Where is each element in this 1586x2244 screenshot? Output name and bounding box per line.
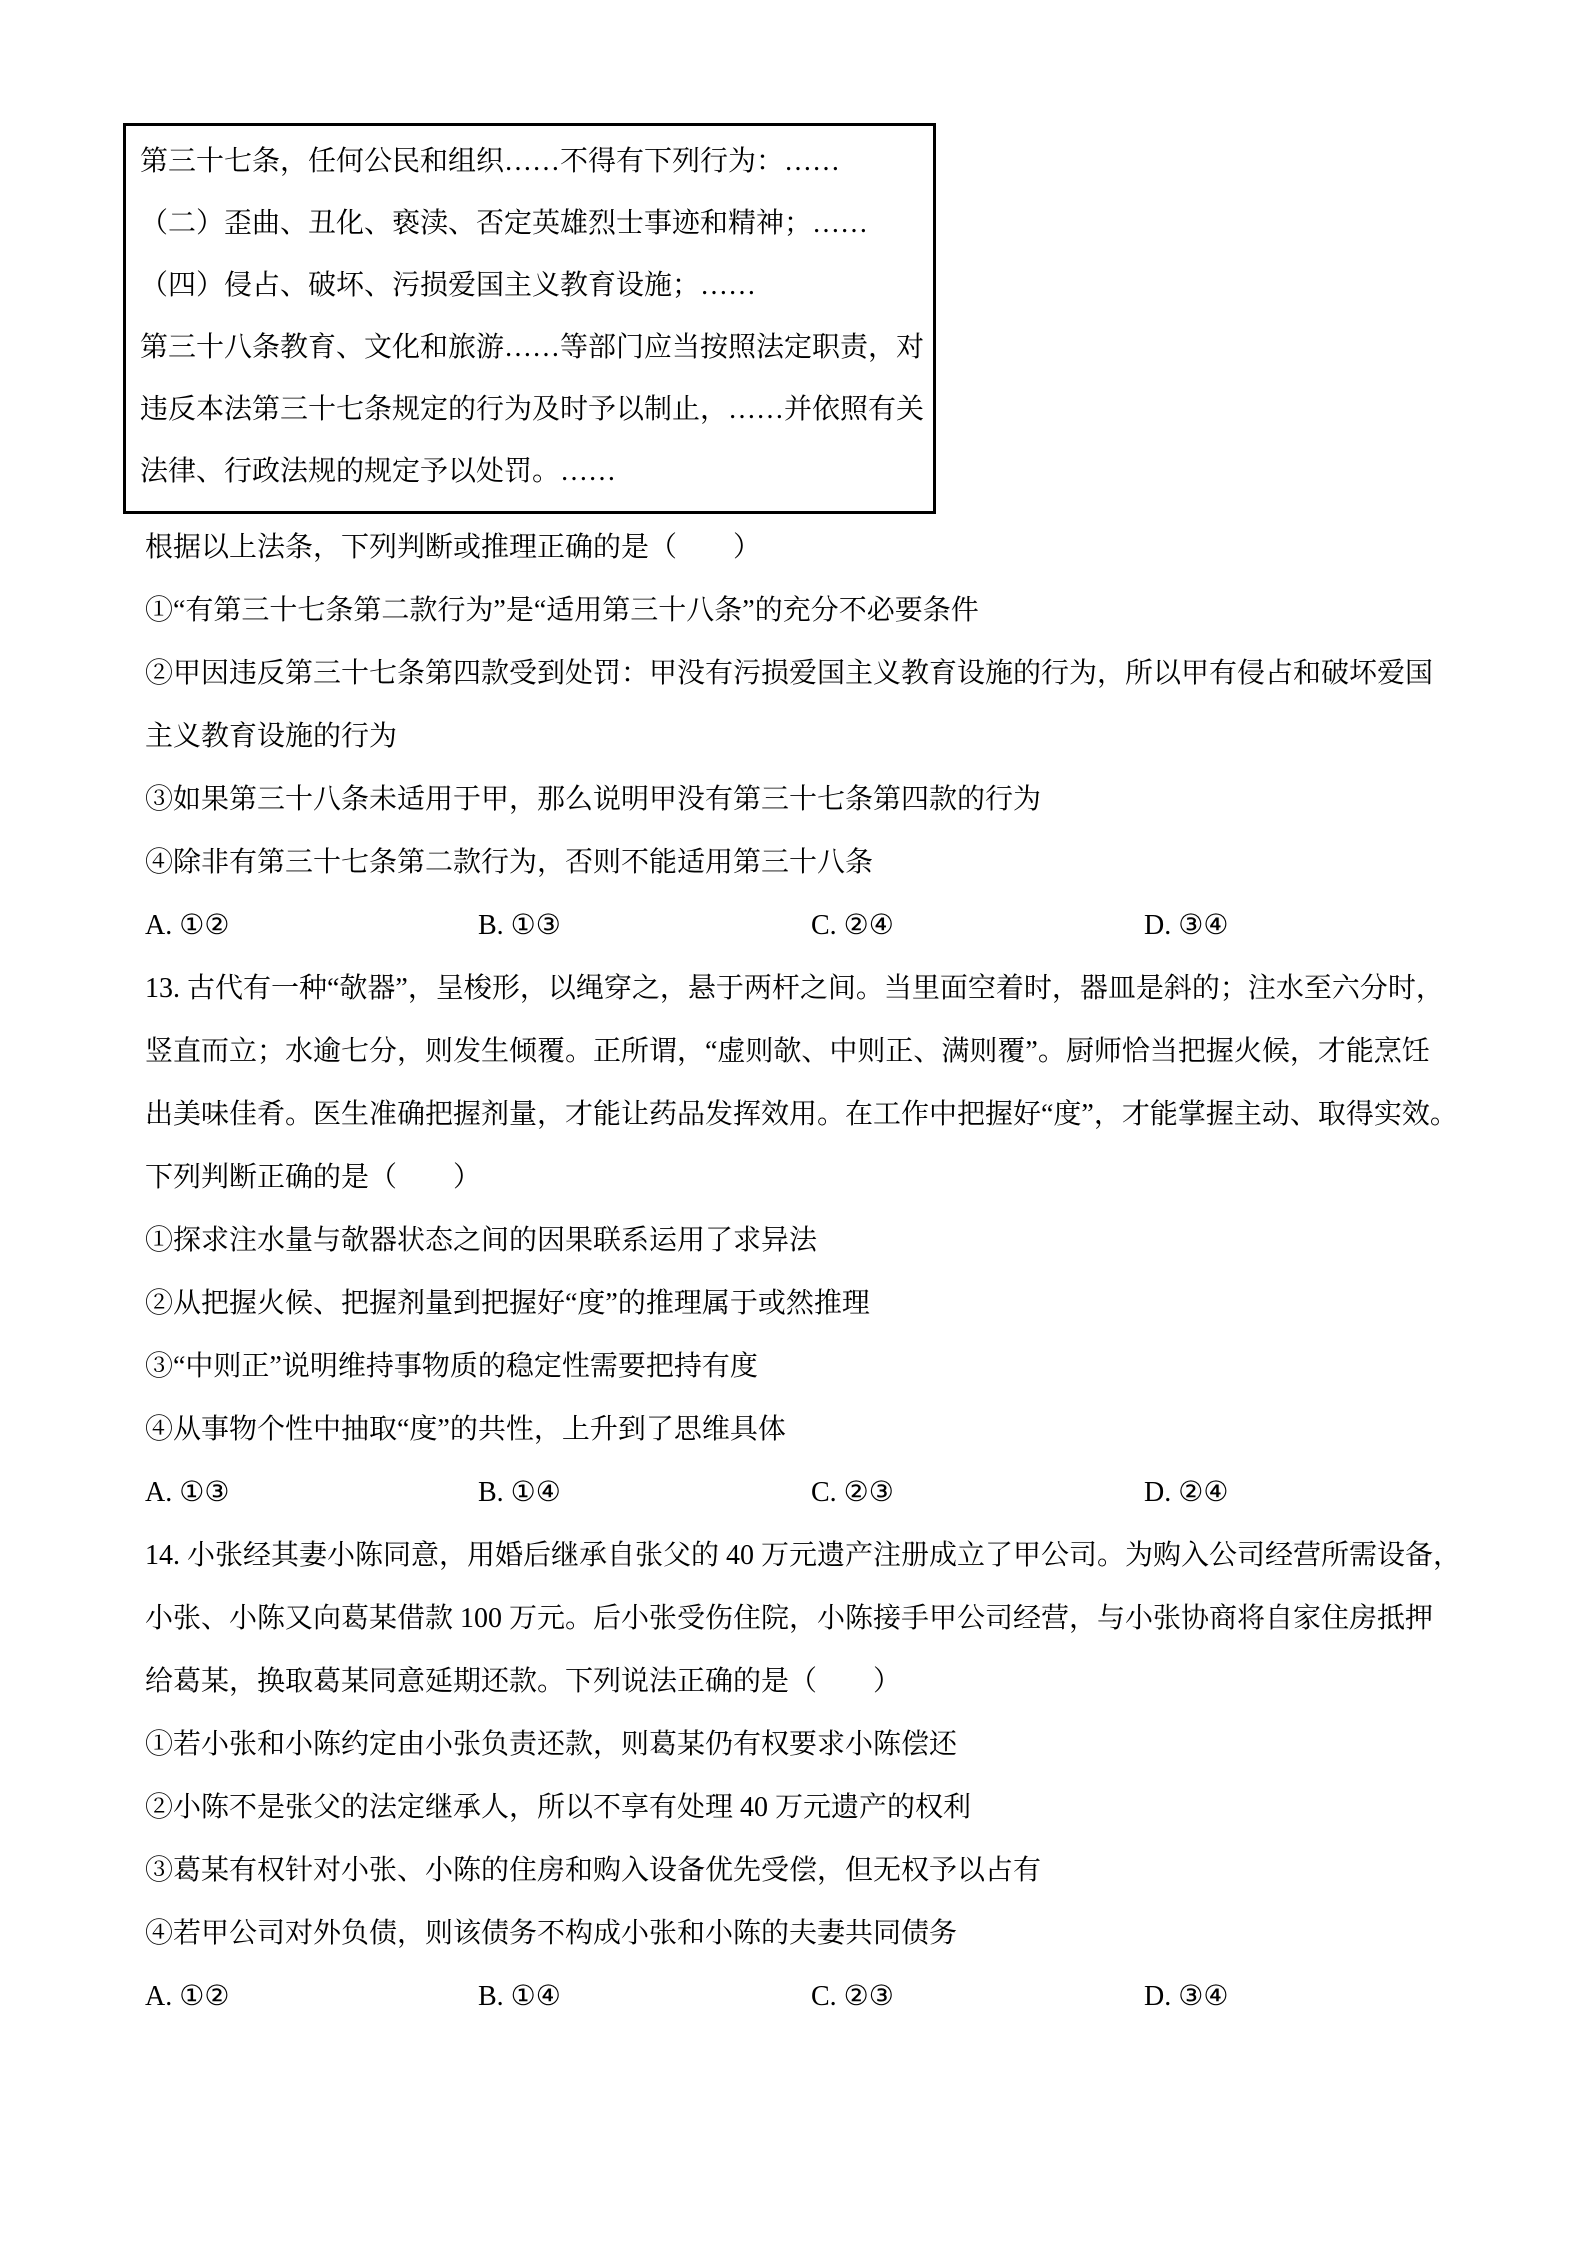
question-stem: 根据以上法条，下列判断或推理正确的是（ ） [145, 516, 1498, 579]
option-choice-c: C. ②③ [811, 1965, 1144, 2028]
exam-document-page: 第三十七条，任何公民和组织……不得有下列行为：……（二）歪曲、丑化、亵渎、否定英… [0, 0, 1586, 2244]
text-line: ③“中则正”说明维持事物质的稳定性需要把持有度 [145, 1335, 1498, 1398]
option-choice-a: A. ①③ [145, 1461, 478, 1524]
text-line: ④除非有第三十七条第二款行为，否则不能适用第三十八条 [145, 831, 1498, 894]
question-14-block: 14. 小张经其妻小陈同意，用婚后继承自张父的 40 万元遗产注册成立了甲公司。… [145, 1524, 1498, 2028]
option-choice-d: D. ③④ [1144, 1965, 1228, 2028]
text-line: 下列判断正确的是（ ） [145, 1146, 1498, 1209]
option-choice-b: B. ①④ [478, 1965, 811, 2028]
option-choice-b: B. ①④ [478, 1461, 811, 1524]
question-items: ①若小张和小陈约定由小张负责还款，则葛某仍有权要求小陈偿还②小陈不是张父的法定继… [145, 1713, 1498, 1965]
option-choice-a: A. ①② [145, 1965, 478, 2028]
text-line: ②从把握火候、把握剂量到把握好“度”的推理属于或然推理 [145, 1272, 1498, 1335]
text-line: ④从事物个性中抽取“度”的共性，上升到了思维具体 [145, 1398, 1498, 1461]
text-line: ②小陈不是张父的法定继承人，所以不享有处理 40 万元遗产的权利 [145, 1776, 1498, 1839]
option-choice-d: D. ③④ [1144, 894, 1228, 957]
text-line: 给葛某，换取葛某同意延期还款。下列说法正确的是（ ） [145, 1650, 1498, 1713]
question-items: ①探求注水量与欹器状态之间的因果联系运用了求异法②从把握火候、把握剂量到把握好“… [145, 1209, 1498, 1461]
text-line: ③葛某有权针对小张、小陈的住房和购入设备优先受偿，但无权予以占有 [145, 1839, 1498, 1902]
option-choice-d: D. ②④ [1144, 1461, 1228, 1524]
option-choice-b: B. ①③ [478, 894, 811, 957]
text-line: 小张、小陈又向葛某借款 100 万元。后小张受伤住院，小陈接手甲公司经营，与小张… [145, 1587, 1498, 1650]
answer-options-row: A. ①②B. ①④C. ②③D. ③④ [145, 1965, 1498, 2028]
option-choice-c: C. ②④ [811, 894, 1144, 957]
question-stem: 14. 小张经其妻小陈同意，用婚后继承自张父的 40 万元遗产注册成立了甲公司。… [145, 1524, 1498, 1713]
question-stem: 13. 古代有一种“欹器”，呈梭形，以绳穿之，悬于两杆之间。当里面空着时，器皿是… [145, 957, 1498, 1209]
text-line: 第三十八条教育、文化和旅游……等部门应当按照法定职责，对 [140, 317, 923, 379]
text-line: （四）侵占、破坏、污损爱国主义教育设施；…… [140, 255, 923, 317]
question-13-block: 13. 古代有一种“欹器”，呈梭形，以绳穿之，悬于两杆之间。当里面空着时，器皿是… [145, 957, 1498, 1524]
text-line: ④若甲公司对外负债，则该债务不构成小张和小陈的夫妻共同债务 [145, 1902, 1498, 1965]
text-line: 13. 古代有一种“欹器”，呈梭形，以绳穿之，悬于两杆之间。当里面空着时，器皿是… [145, 957, 1498, 1020]
text-line: 法律、行政法规的规定予以处罚。…… [140, 441, 923, 503]
text-line: ①若小张和小陈约定由小张负责还款，则葛某仍有权要求小陈偿还 [145, 1713, 1498, 1776]
text-line: 第三十七条，任何公民和组织……不得有下列行为：…… [140, 131, 923, 193]
law-excerpt-box: 第三十七条，任何公民和组织……不得有下列行为：……（二）歪曲、丑化、亵渎、否定英… [123, 123, 936, 514]
question-law-block: 根据以上法条，下列判断或推理正确的是（ ） ①“有第三十七条第二款行为”是“适用… [145, 516, 1498, 957]
answer-options-row: A. ①③B. ①④C. ②③D. ②④ [145, 1461, 1498, 1524]
text-line: 主义教育设施的行为 [145, 705, 1498, 768]
text-line: 14. 小张经其妻小陈同意，用婚后继承自张父的 40 万元遗产注册成立了甲公司。… [145, 1524, 1498, 1587]
text-line: 出美味佳肴。医生准确把握剂量，才能让药品发挥效用。在工作中把握好“度”，才能掌握… [145, 1083, 1498, 1146]
page-content: 第三十七条，任何公民和组织……不得有下列行为：……（二）歪曲、丑化、亵渎、否定英… [0, 0, 1586, 2028]
option-choice-a: A. ①② [145, 894, 478, 957]
text-line: ①探求注水量与欹器状态之间的因果联系运用了求异法 [145, 1209, 1498, 1272]
text-line: ①“有第三十七条第二款行为”是“适用第三十八条”的充分不必要条件 [145, 579, 1498, 642]
answer-options-row: A. ①②B. ①③C. ②④D. ③④ [145, 894, 1498, 957]
text-line: 违反本法第三十七条规定的行为及时予以制止，……并依照有关 [140, 379, 923, 441]
text-line: 竖直而立；水逾七分，则发生倾覆。正所谓，“虚则欹、中则正、满则覆”。厨师恰当把握… [145, 1020, 1498, 1083]
question-items: ①“有第三十七条第二款行为”是“适用第三十八条”的充分不必要条件②甲因违反第三十… [145, 579, 1498, 894]
text-line: （二）歪曲、丑化、亵渎、否定英雄烈士事迹和精神；…… [140, 193, 923, 255]
text-line: ③如果第三十八条未适用于甲，那么说明甲没有第三十七条第四款的行为 [145, 768, 1498, 831]
option-choice-c: C. ②③ [811, 1461, 1144, 1524]
text-line: ②甲因违反第三十七条第四款受到处罚：甲没有污损爱国主义教育设施的行为，所以甲有侵… [145, 642, 1498, 705]
